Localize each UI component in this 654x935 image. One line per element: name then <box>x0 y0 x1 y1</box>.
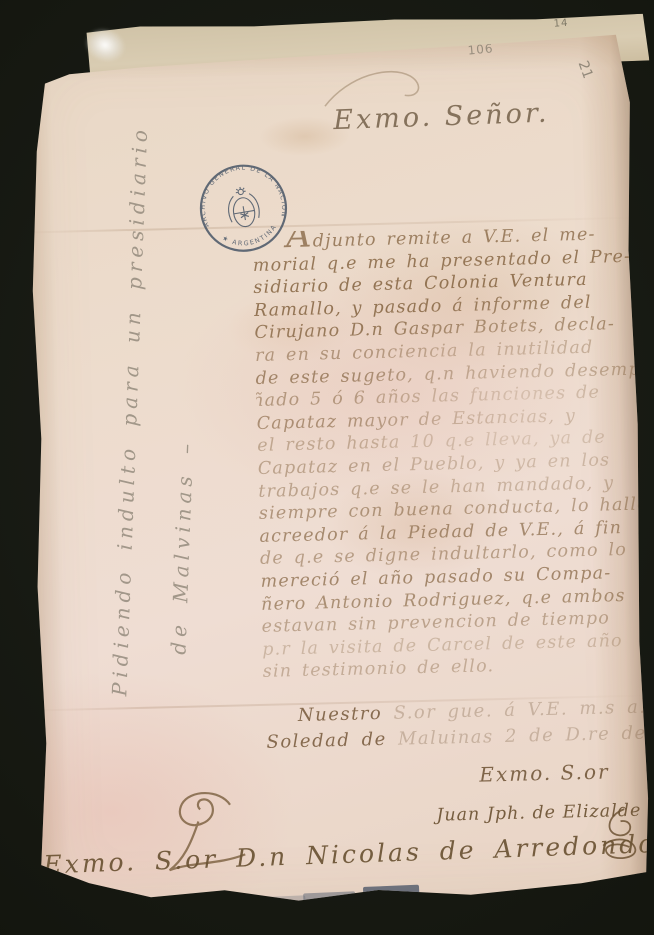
addressee-line: Exmo. S.or D.n Nicolas de Arredondo. <box>43 830 644 880</box>
letter-body: Adjunto remite a V.E. el me-morial q.e m… <box>252 223 651 684</box>
margin-note-line2: de Malvinas – <box>166 438 198 655</box>
corner-number-pencil: 21 <box>575 59 596 81</box>
pencil-note-top-edge: 14 <box>553 18 568 30</box>
margin-note-line1: Pidiendo indulto para un presidiario <box>107 125 152 697</box>
binding-residue-mark <box>125 895 305 910</box>
archival-photo-backdrop: 14 106 21 Exmo. Señor. ARCHIVO GENERAL D… <box>0 0 654 935</box>
coat-of-arms-icon <box>225 185 261 229</box>
closing-line-dateline: Soledad de Maluinas 2 de D.re de 1792. <box>266 721 654 753</box>
dateline-faint: Maluinas 2 de D.re de <box>398 723 647 750</box>
binding-residue-mark <box>363 885 420 902</box>
salutation: Exmo. Señor. <box>333 98 550 137</box>
manuscript-page: 106 21 Exmo. Señor. ARCHIVO GENERAL DE L… <box>19 33 654 918</box>
closing-courtesy-strong: Nuestro <box>298 703 383 726</box>
valediction: Exmo. S.or <box>479 759 610 786</box>
dateline-place-strong: Soledad de <box>266 729 387 753</box>
binding-residue-mark <box>303 891 355 905</box>
